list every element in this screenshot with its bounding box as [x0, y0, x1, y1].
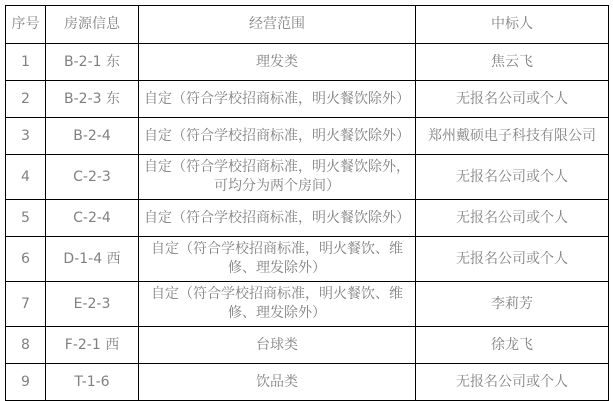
table-cell-seq: 2	[6, 81, 46, 118]
bid-results-table: 序号 房源信息 经营范围 中标人 1B-2-1 东理发类焦云飞2B-2-3 东自…	[5, 5, 609, 401]
table-cell-seq: 4	[6, 155, 46, 200]
table-row: 5C-2-4自定（符合学校招商标准，明火餐饮除外）无报名公司或个人	[6, 200, 609, 237]
column-header-room: 房源信息	[46, 6, 139, 44]
table-cell-room: T-1-6	[46, 364, 139, 401]
table-cell-room: D-1-4 西	[46, 237, 139, 282]
table-cell-seq: 5	[6, 200, 46, 237]
table-cell-scope: 自定（符合学校招商标准，明火餐饮除外）	[139, 81, 416, 118]
table-cell-winner: 徐龙飞	[416, 327, 609, 364]
column-header-scope: 经营范围	[139, 6, 416, 44]
table-row: 8F-2-1 西台球类徐龙飞	[6, 327, 609, 364]
table-row: 9T-1-6饮品类无报名公司或个人	[6, 364, 609, 401]
table-cell-scope: 自定（符合学校招商标准，明火餐饮、维修、理发除外）	[139, 237, 416, 282]
column-header-seq: 序号	[6, 6, 46, 44]
table-row: 3B-2-4自定（符合学校招商标准，明火餐饮除外）郑州戴硕电子科技有限公司	[6, 118, 609, 155]
table-cell-seq: 6	[6, 237, 46, 282]
table-cell-seq: 8	[6, 327, 46, 364]
table-row: 2B-2-3 东自定（符合学校招商标准，明火餐饮除外）无报名公司或个人	[6, 81, 609, 118]
table-cell-seq: 3	[6, 118, 46, 155]
table-cell-winner: 无报名公司或个人	[416, 81, 609, 118]
table-header: 序号 房源信息 经营范围 中标人	[6, 6, 609, 44]
table-cell-winner: 郑州戴硕电子科技有限公司	[416, 118, 609, 155]
table-cell-winner: 无报名公司或个人	[416, 364, 609, 401]
table-cell-scope: 饮品类	[139, 364, 416, 401]
table-cell-scope: 自定（符合学校招商标准，明火餐饮除外，可均分为两个房间）	[139, 155, 416, 200]
table-cell-winner: 无报名公司或个人	[416, 237, 609, 282]
table-row: 1B-2-1 东理发类焦云飞	[6, 44, 609, 81]
column-header-winner: 中标人	[416, 6, 609, 44]
table-cell-room: E-2-3	[46, 282, 139, 327]
table-cell-winner: 李莉芳	[416, 282, 609, 327]
table-cell-room: C-2-3	[46, 155, 139, 200]
table-cell-winner: 无报名公司或个人	[416, 200, 609, 237]
table-cell-room: B-2-4	[46, 118, 139, 155]
table-cell-winner: 无报名公司或个人	[416, 155, 609, 200]
table-body: 1B-2-1 东理发类焦云飞2B-2-3 东自定（符合学校招商标准，明火餐饮除外…	[6, 44, 609, 401]
table-row: 7E-2-3自定（符合学校招商标准，明火餐饮、维修、理发除外）李莉芳	[6, 282, 609, 327]
header-row: 序号 房源信息 经营范围 中标人	[6, 6, 609, 44]
table-cell-seq: 7	[6, 282, 46, 327]
table-cell-scope: 自定（符合学校招商标准，明火餐饮、维修、理发除外）	[139, 282, 416, 327]
table-cell-seq: 1	[6, 44, 46, 81]
table-cell-room: B-2-3 东	[46, 81, 139, 118]
table-cell-room: B-2-1 东	[46, 44, 139, 81]
table-row: 4C-2-3自定（符合学校招商标准，明火餐饮除外，可均分为两个房间）无报名公司或…	[6, 155, 609, 200]
table-cell-scope: 台球类	[139, 327, 416, 364]
table-cell-scope: 理发类	[139, 44, 416, 81]
table-cell-scope: 自定（符合学校招商标准，明火餐饮除外）	[139, 118, 416, 155]
table-cell-winner: 焦云飞	[416, 44, 609, 81]
table-cell-scope: 自定（符合学校招商标准，明火餐饮除外）	[139, 200, 416, 237]
table-cell-room: C-2-4	[46, 200, 139, 237]
table-cell-seq: 9	[6, 364, 46, 401]
table-row: 6D-1-4 西自定（符合学校招商标准，明火餐饮、维修、理发除外）无报名公司或个…	[6, 237, 609, 282]
table-cell-room: F-2-1 西	[46, 327, 139, 364]
